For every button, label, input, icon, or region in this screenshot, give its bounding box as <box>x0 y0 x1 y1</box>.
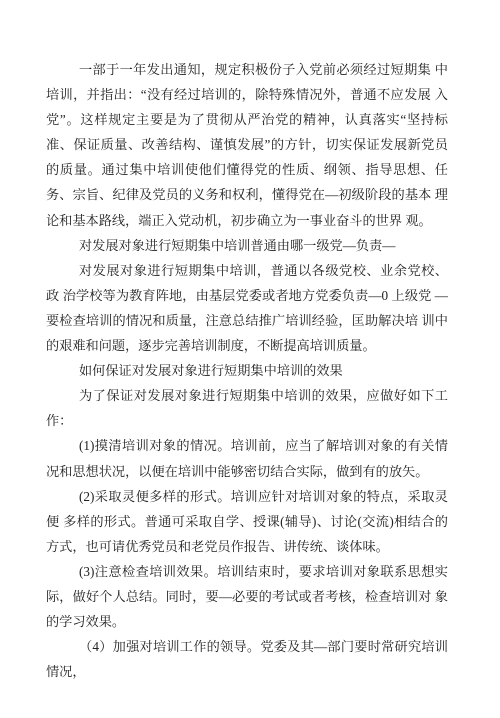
paragraph: (2)采取灵便多样的形式。培训应针对培训对象的特点，采取灵便 多样的形式。普通可… <box>46 484 448 559</box>
document-page: 一部于一年发出通知，规定积极份子入党前必须经过短期集 中培训，并指出：“没有经过… <box>0 0 500 718</box>
document-body: 一部于一年发出通知，规定积极份子入党前必须经过短期集 中培训，并指出：“没有经过… <box>46 57 448 684</box>
paragraph: 为了保证对发展对象进行短期集中培训的效果，应做好如下工 作： <box>46 383 448 433</box>
paragraph: 对发展对象进行短期集中培训，普通以各级党校、业余党校、政 治学校等为教育阵地，由… <box>46 258 448 358</box>
paragraph: (3)注意检查培训效果。培训结束时，要求培训对象联系思想实 际，做好个人总结。同… <box>46 559 448 634</box>
paragraph: （4）加强对培训工作的领导。党委及其—部门要时常研究培训 情况， <box>46 634 448 684</box>
paragraph: 如何保证对发展对象进行短期集中培训的效果 <box>46 358 448 383</box>
paragraph: (1)摸清培训对象的情况。培训前，应当了解培训对象的有关情 况和思想状况，以便在… <box>46 433 448 483</box>
paragraph: 对发展对象进行短期集中培训普通由哪一级党—负责— <box>46 233 448 258</box>
paragraph: 一部于一年发出通知，规定积极份子入党前必须经过短期集 中培训，并指出：“没有经过… <box>46 57 448 233</box>
